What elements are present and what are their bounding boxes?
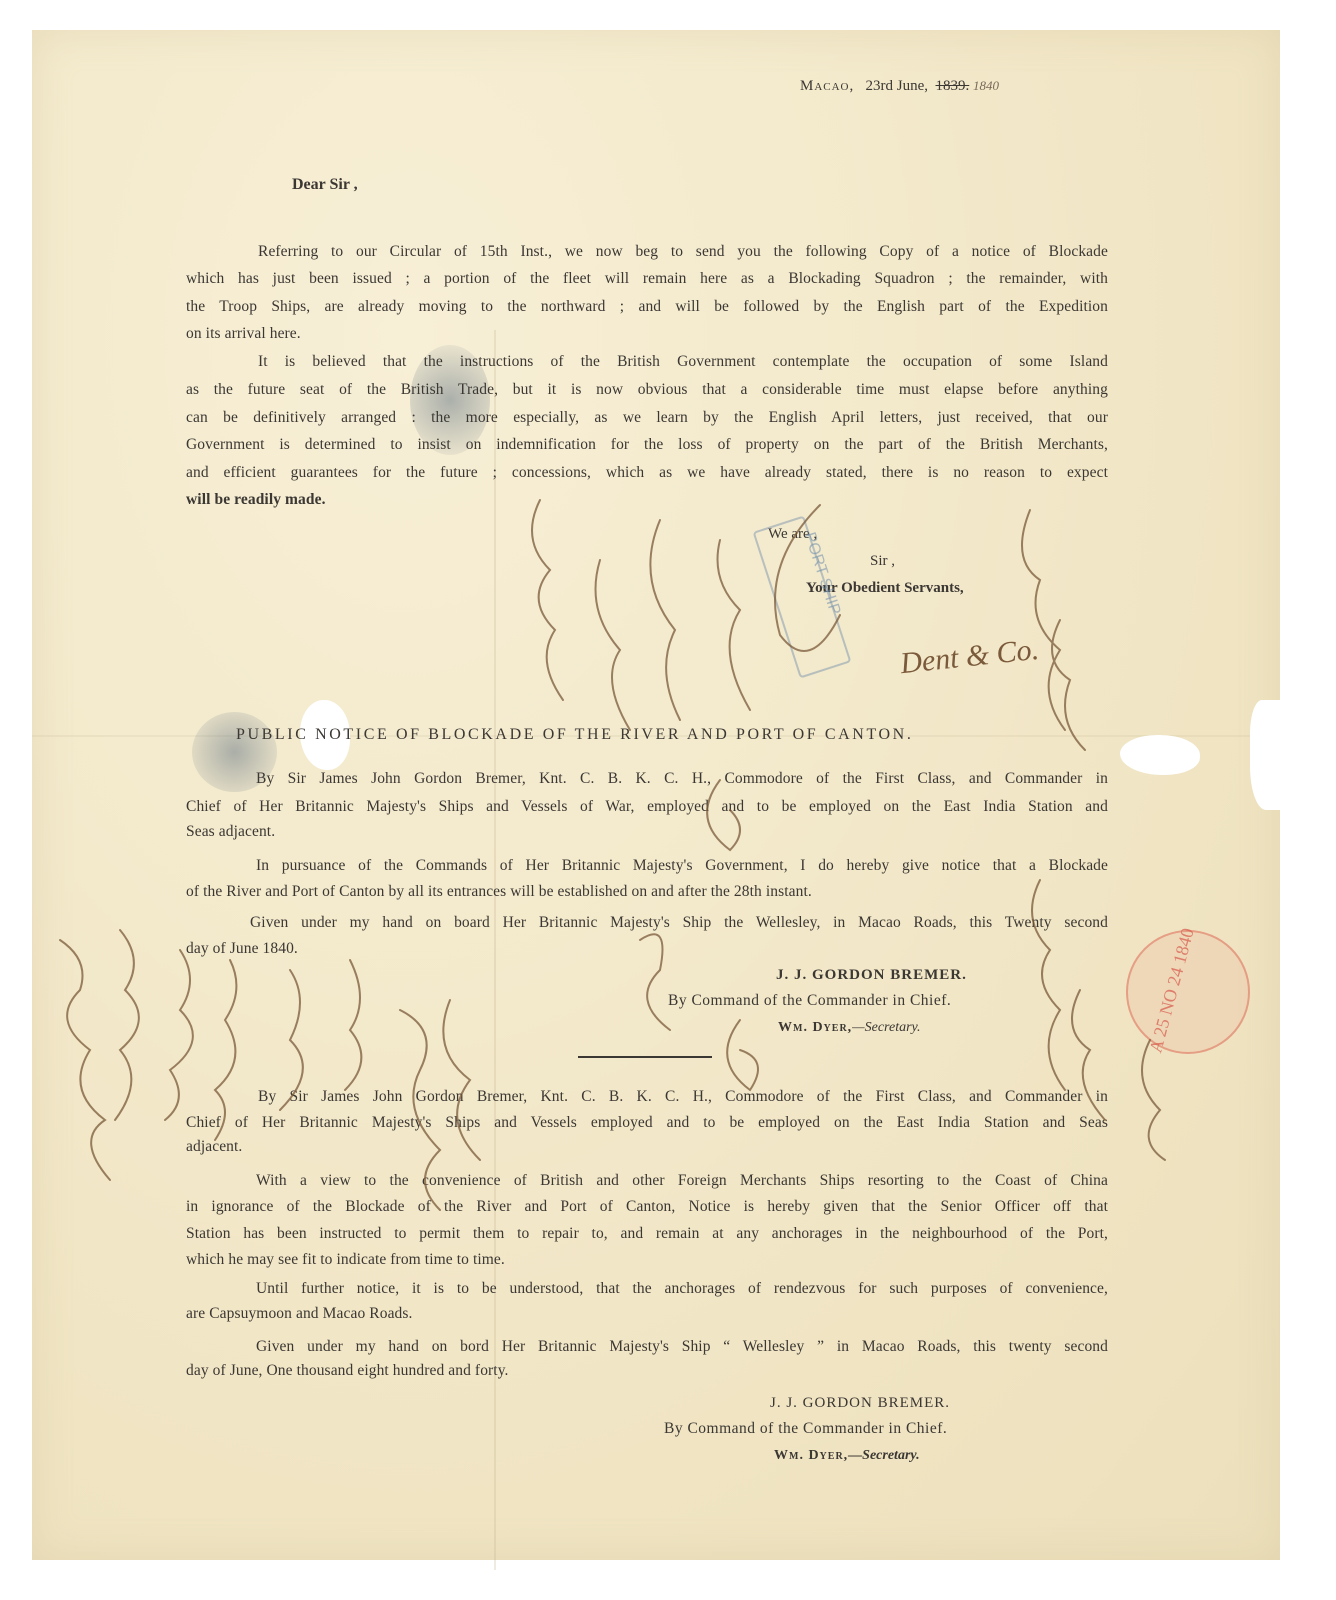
notice-line: are Capsuymoon and Macao Roads. [186,1305,413,1323]
notice-signature-name: J. J. GORDON BREMER. [776,967,967,984]
notice-secretary: Wm. Dyer,—Secretary. [774,1448,920,1464]
notice-signature-command: By Command of the Commander in Chief. [668,992,951,1010]
dateline-struck-year: 1839. [936,78,970,94]
salutation: Dear Sir , [292,176,358,194]
letter-line: the Troop Ships, are already moving to t… [186,298,1108,316]
letter-line: which has just been issued ; a portion o… [186,270,1108,288]
fold-crease-vertical [494,330,496,1570]
notice-title: PUBLIC NOTICE OF BLOCKADE OF THE RIVER A… [236,726,913,744]
closing-sir: Sir , [870,553,895,570]
notice-line: Chief of Her Britannic Majesty's Ships a… [186,1114,1108,1132]
notice-line: By Sir James John Gordon Bremer, Knt. C.… [256,770,1108,788]
notice-line: Until further notice, it is to be unders… [256,1280,1108,1298]
red-postmark: A 25 NO 24 1840 [1126,930,1250,1054]
letter-line: It is believed that the instructions of … [258,353,1108,371]
letter-line: Referring to our Circular of 15th Inst.,… [258,243,1108,261]
notice-signature-command: By Command of the Commander in Chief. [664,1420,947,1438]
letter-line: Government is determined to insist on in… [186,436,1108,454]
dateline-place: Macao, [800,78,854,94]
notice-line: day of June, One thousand eight hundred … [186,1362,509,1380]
letter-line: on its arrival here. [186,325,301,343]
paper-tear [1250,700,1290,810]
notice-secretary: Wm. Dyer,—Secretary. [778,1020,920,1036]
dateline-handwritten-year: 1840 [973,78,999,93]
notice-line: day of June 1840. [186,940,298,958]
letter-line: and efficient guarantees for the future … [186,464,1108,482]
notice-line: Seas adjacent. [186,823,275,841]
notice-line: By Sir James John Gordon Bremer, Knt. C.… [258,1088,1108,1106]
section-divider [578,1056,712,1058]
notice-line: Chief of Her Britannic Majesty's Ships a… [186,798,1108,816]
dateline: Macao, 23rd June, 1839. 1840 [800,78,999,95]
notice-line: Station has been instructed to permit th… [186,1225,1108,1243]
notice-line: Given under my hand on bord Her Britanni… [256,1338,1108,1356]
notice-line: in ignorance of the Blockade of the Rive… [186,1198,1108,1216]
notice-signature-name: J. J. GORDON BREMER. [770,1395,950,1412]
letter-line: will be readily made. [186,491,326,509]
notice-line: which he may see fit to indicate from ti… [186,1251,505,1269]
notice-line: of the River and Port of Canton by all i… [186,883,812,901]
notice-line: In pursuance of the Commands of Her Brit… [256,857,1108,875]
dateline-date: 23rd June, [866,78,929,94]
notice-line: adjacent. [186,1138,242,1156]
notice-line: With a view to the convenience of Britis… [256,1172,1108,1190]
letter-line: can be definitively arranged : the more … [186,409,1108,427]
notice-line: Given under my hand on board Her Britann… [250,914,1108,932]
letter-line: as the future seat of the British Trade,… [186,381,1108,399]
